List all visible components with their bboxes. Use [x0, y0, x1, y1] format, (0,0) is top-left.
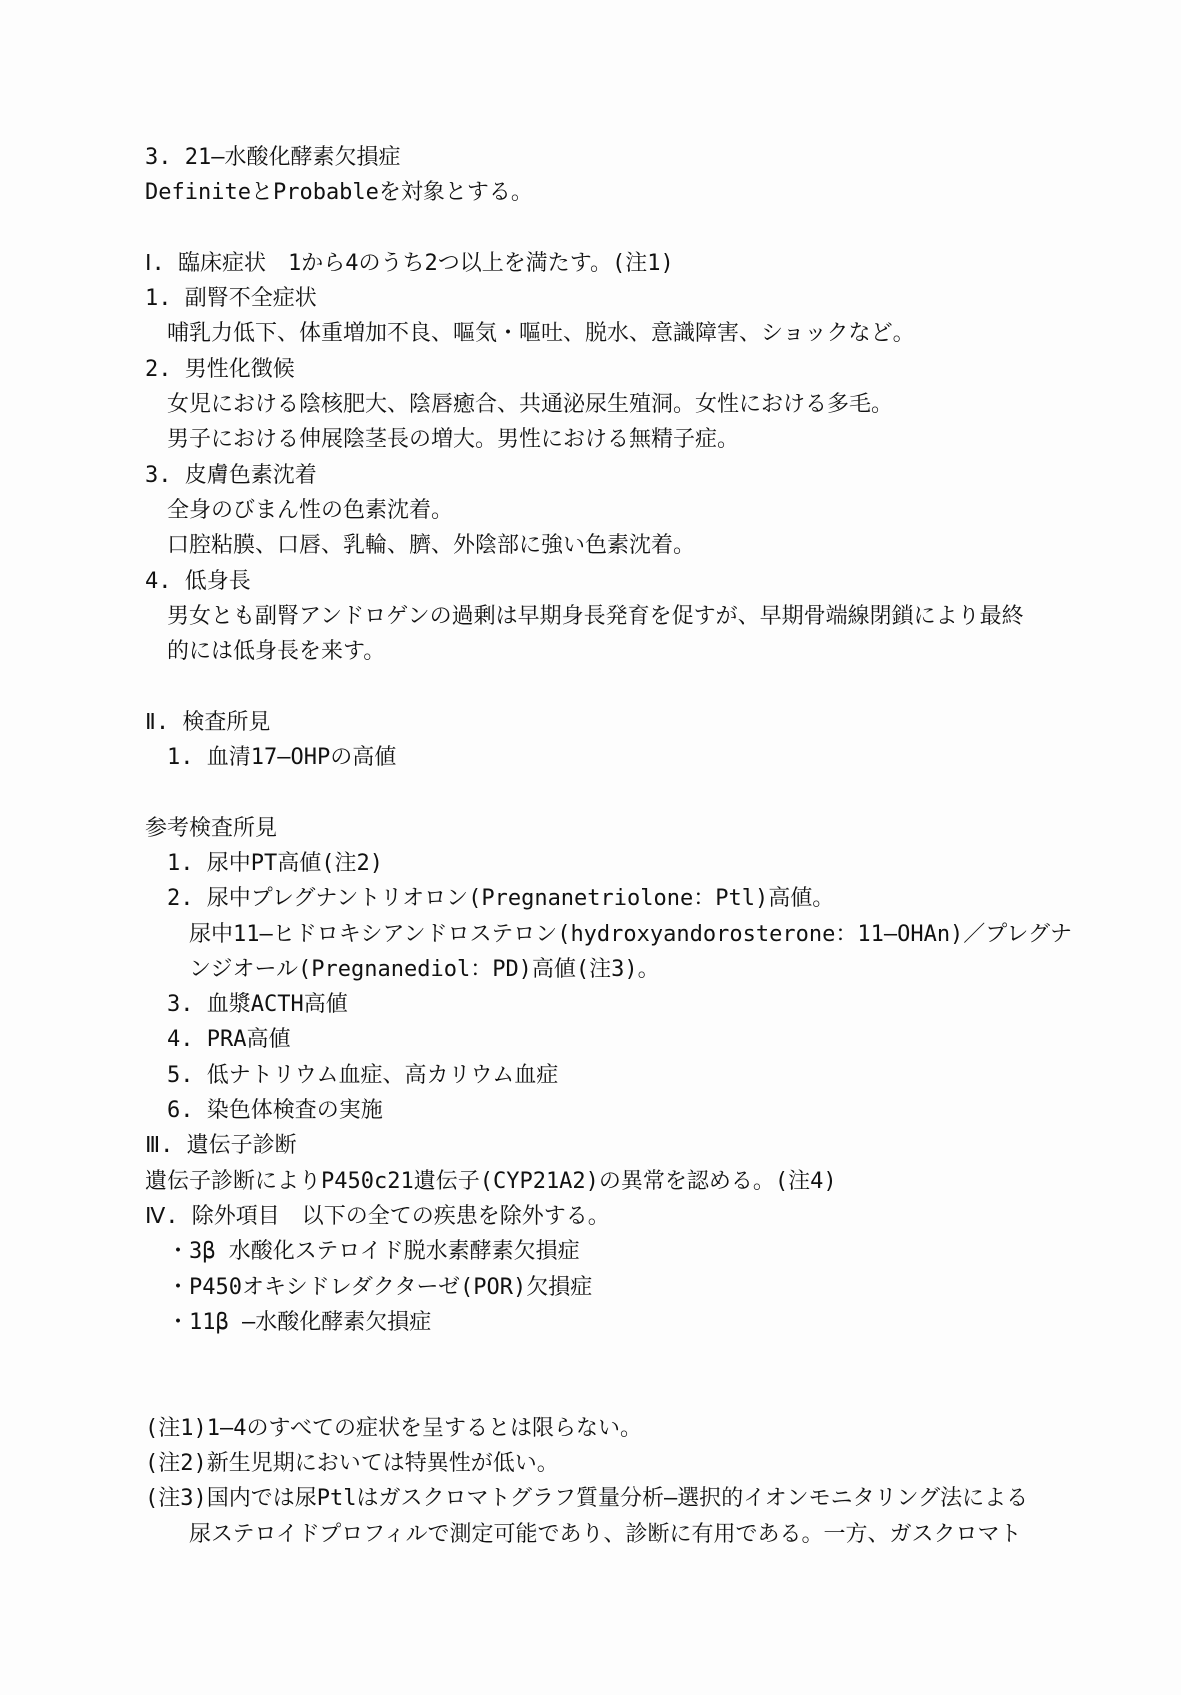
doc-line-item-3-detail-1: 全身のびまん性の色素沈着。 [145, 493, 1141, 528]
doc-line-ref-item-6-chromosome-test: 6. 染色体検査の実施 [145, 1093, 1141, 1128]
doc-line-section-4-exclusions: Ⅳ. 除外項目 以下の全ての疾患を除外する。 [145, 1199, 1141, 1234]
doc-line-item-3-skin-pigmentation: 3. 皮膚色素沈着 [145, 458, 1141, 493]
document-page: 3. 21―水酸化酵素欠損症 DefiniteとProbableを対象とする。 … [0, 0, 1181, 1695]
doc-line-genetic-diagnosis-detail: 遺伝子診断によりP450c21遺伝子(CYP21A2)の異常を認める。(注4) [145, 1164, 1141, 1199]
doc-line-ref-item-5-hyponatremia: 5. 低ナトリウム血症、高カリウム血症 [145, 1058, 1141, 1093]
doc-line-reference-lab-findings-heading: 参考検査所見 [145, 811, 1141, 846]
doc-line-section-1-clinical-symptoms: Ⅰ. 臨床症状 1から4のうち2つ以上を満たす。(注1) [145, 246, 1141, 281]
doc-line-note-2: (注2)新生児期においては特異性が低い。 [145, 1446, 1141, 1481]
doc-line-ref-item-2-cont-1: 尿中11―ヒドロキシアンドロステロン(hydroxyandorosterone：… [145, 917, 1141, 952]
doc-line-blank [145, 211, 1141, 246]
doc-line-note-3: (注3)国内では尿Ptlはガスクロマトグラフ質量分析―選択的イオンモニタリング法… [145, 1481, 1141, 1516]
doc-line-section-2-lab-findings: Ⅱ. 検査所見 [145, 705, 1141, 740]
doc-line-lab-item-1-serum-17ohp: 1. 血清17―OHPの高値 [145, 740, 1141, 775]
doc-line-blank [145, 1340, 1141, 1375]
doc-line-item-4-short-stature: 4. 低身長 [145, 564, 1141, 599]
doc-line-item-4-detail-1: 男女とも副腎アンドロゲンの過剰は早期身長発育を促すが、早期骨端線閉鎖により最終 [145, 599, 1141, 634]
doc-line-ref-item-1-urine-pt: 1. 尿中PT高値(注2) [145, 846, 1141, 881]
doc-line-blank [145, 775, 1141, 810]
doc-line-note-3-cont: 尿ステロイドプロフィルで測定可能であり、診断に有用である。一方、ガスクロマト [145, 1517, 1141, 1552]
doc-line-item-2-virilization: 2. 男性化徴候 [145, 352, 1141, 387]
doc-line-ref-item-2-pregnanetriolone: 2. 尿中プレグナントリオロン(Pregnanetriolone：Ptl)高値。 [145, 881, 1141, 916]
doc-line-exclusion-bullet-11beta: ・11β ―水酸化酵素欠損症 [145, 1305, 1141, 1340]
doc-line-section-3-title: 3. 21―水酸化酵素欠損症 [145, 140, 1141, 175]
doc-line-item-2-detail-2: 男子における伸展陰茎長の増大。男性における無精子症。 [145, 422, 1141, 457]
doc-line-item-3-detail-2: 口腔粘膜、口唇、乳輪、臍、外陰部に強い色素沈着。 [145, 528, 1141, 563]
doc-line-item-1-adrenal-insufficiency: 1. 副腎不全症状 [145, 281, 1141, 316]
doc-line-ref-item-3-plasma-acth: 3. 血漿ACTH高値 [145, 987, 1141, 1022]
doc-line-item-2-detail-1: 女児における陰核肥大、陰唇癒合、共通泌尿生殖洞。女性における多毛。 [145, 387, 1141, 422]
doc-line-section-3-genetic-diagnosis: Ⅲ. 遺伝子診断 [145, 1128, 1141, 1163]
doc-line-note-1: (注1)1―4のすべての症状を呈するとは限らない。 [145, 1411, 1141, 1446]
doc-line-ref-item-4-pra: 4. PRA高値 [145, 1022, 1141, 1057]
doc-line-target-statement: DefiniteとProbableを対象とする。 [145, 175, 1141, 210]
doc-line-blank [145, 669, 1141, 704]
doc-line-exclusion-bullet-p450-por: ・P450オキシドレダクターゼ(POR)欠損症 [145, 1270, 1141, 1305]
doc-line-ref-item-2-cont-2: ンジオール(Pregnanediol：PD)高値(注3)。 [145, 952, 1141, 987]
doc-line-item-1-detail: 哺乳力低下、体重増加不良、嘔気・嘔吐、脱水、意識障害、ショックなど。 [145, 316, 1141, 351]
doc-line-blank [145, 1375, 1141, 1410]
doc-line-exclusion-bullet-3beta: ・3β 水酸化ステロイド脱水素酵素欠損症 [145, 1234, 1141, 1269]
doc-line-item-4-detail-2: 的には低身長を来す。 [145, 634, 1141, 669]
